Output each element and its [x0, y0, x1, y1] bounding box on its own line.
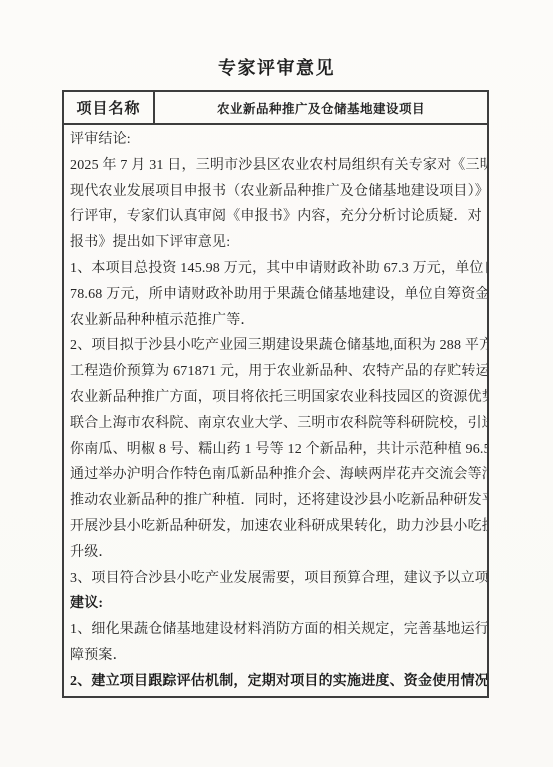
review-text-line: 建议:: [70, 591, 482, 617]
review-text-line: 2、项目拟于沙县小吃产业园三期建设果蔬仓储基地,面积为 288 平方米，: [70, 333, 482, 359]
review-text-line: 工程造价预算为 671871 元，用于农业新品种、农特产品的存贮转运．在: [70, 359, 482, 385]
review-conclusion-row: 评审结论:2025 年 7 月 31 日，三明市沙县区农业农村局组织有关专家对《…: [64, 125, 487, 696]
project-name-row: 项目名称 农业新品种推广及仓储基地建设项目: [64, 92, 487, 125]
review-text-line: 农业新品种推广方面，项目将依托三明国家农业科技园区的资源优势，: [70, 385, 482, 411]
review-text-line: 1、本项目总投资 145.98 万元，其中申请财政补助 67.3 万元，单位自筹: [70, 256, 482, 282]
review-text-line: 障预案．: [70, 643, 482, 669]
project-name-label: 项目名称: [64, 92, 155, 123]
review-text-line: 2、建立项目跟踪评估机制，定期对项目的实施进度、资金使用情况和经: [70, 669, 482, 695]
project-name-value: 农业新品种推广及仓储基地建设项目: [155, 92, 487, 123]
review-text-line: 你南瓜、明椒 8 号、糯山药 1 号等 12 个新品种，共计示范种植 96.5 …: [70, 437, 482, 463]
review-text-line: 78.68 万元，所申请财政补助用于果蔬仓储基地建设，单位自筹资金用于: [70, 282, 482, 308]
review-text-line: 通过举办沪明合作特色南瓜新品种推介会、海峡两岸花卉交流会等活动，: [70, 462, 482, 488]
review-text-line: 报书》提出如下评审意见:: [70, 230, 482, 256]
review-text-line: 农业新品种种植示范推广等．: [70, 308, 482, 334]
review-text-line: 开展沙县小吃新品种研发，加速农业科研成果转化，助力沙县小吃提档: [70, 514, 482, 540]
review-text-line: 3、项目符合沙县小吃产业发展需要，项目预算合理，建议予以立项．: [70, 566, 482, 592]
review-text-line: 评审结论:: [70, 127, 482, 153]
review-table: 项目名称 农业新品种推广及仓储基地建设项目 评审结论:2025 年 7 月 31…: [62, 90, 489, 698]
document-page: 专家评审意见 项目名称 农业新品种推广及仓储基地建设项目 评审结论:2025 年…: [0, 0, 553, 767]
review-conclusion-cell: 评审结论:2025 年 7 月 31 日，三明市沙县区农业农村局组织有关专家对《…: [64, 125, 487, 696]
review-text-line: 推动农业新品种的推广种植．同时，还将建设沙县小吃新品种研发平台，: [70, 488, 482, 514]
page-title: 专家评审意见: [0, 54, 553, 80]
review-text-line: 1、细化果蔬仓储基地建设材料消防方面的相关规定，完善基地运行及保: [70, 617, 482, 643]
review-text-line: 行评审，专家们认真审阅《申报书》内容，充分分析讨论质疑．对《申: [70, 204, 482, 230]
review-text-line: 2025 年 7 月 31 日，三明市沙县区农业农村局组织有关专家对《三明市区: [70, 153, 482, 179]
review-text-line: 现代农业发展项目申报书（农业新品种推广及仓储基地建设项目）》进: [70, 179, 482, 205]
review-text-line: 联合上海市农科院、南京农业大学、三明市农科院等科研院校，引进迷: [70, 411, 482, 437]
review-text-line: 升级．: [70, 540, 482, 566]
